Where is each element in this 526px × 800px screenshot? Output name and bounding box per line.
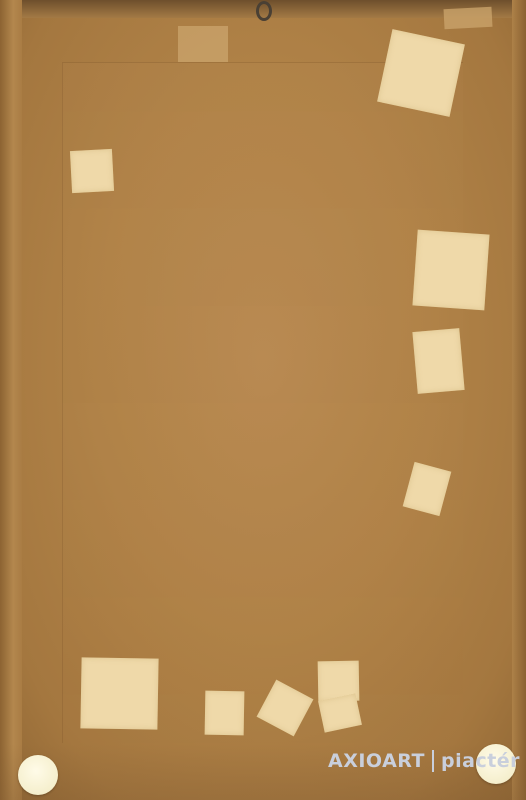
tape-left	[70, 149, 114, 193]
tape-right-1	[412, 230, 489, 311]
old-tape-top-right	[444, 7, 493, 29]
tape-right-2	[412, 328, 464, 394]
watermark-brand: AXIOART	[328, 750, 425, 772]
watermark: AXIOART piactér	[328, 750, 520, 772]
inner-backing-panel	[62, 62, 463, 743]
hanging-ring-icon	[256, 1, 272, 21]
artwork-back-photo: AXIOART piactér	[0, 0, 526, 800]
tape-bottom-left	[80, 657, 158, 729]
bumper-bottom-left	[18, 755, 58, 795]
tape-top-right	[377, 29, 465, 117]
right-frame-edge	[512, 0, 526, 800]
tape-bottom-1	[205, 691, 245, 736]
left-frame-edge	[0, 0, 22, 800]
old-tape-top	[178, 26, 228, 62]
watermark-sub: piactér	[441, 750, 520, 772]
watermark-separator	[432, 750, 434, 772]
